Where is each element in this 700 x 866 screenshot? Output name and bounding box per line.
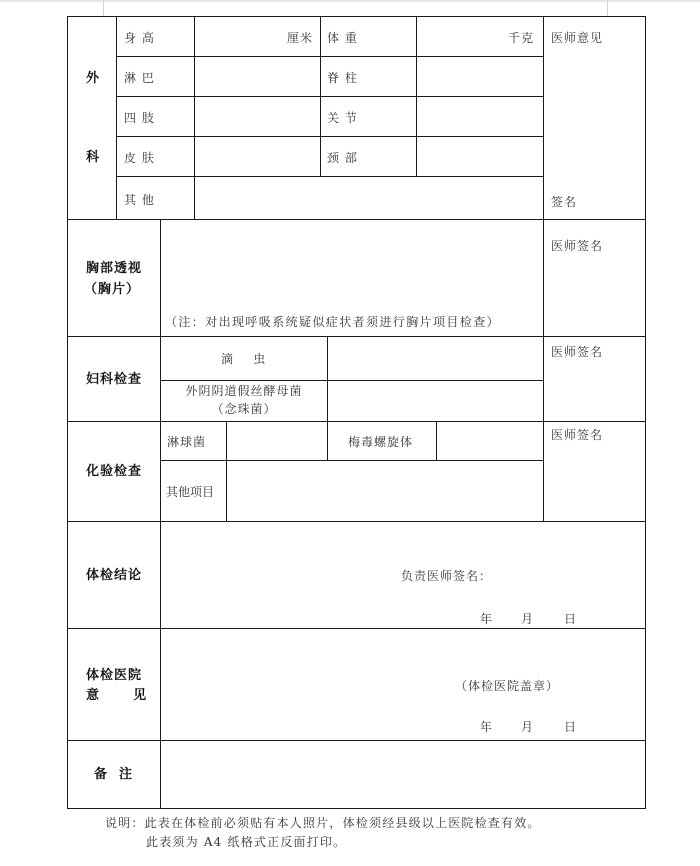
lab-other-input[interactable]: [227, 461, 543, 521]
margin-marker-right: [607, 0, 608, 16]
gonococcus-input[interactable]: [227, 422, 327, 460]
table-border-left: [67, 16, 68, 809]
chest-note: （注：对出现呼吸系统疑似症状者须进行胸片项目检查）: [165, 315, 500, 329]
chest-doctor-signature: 医师签名: [551, 239, 603, 253]
weight-label: 体 重: [327, 31, 358, 45]
lab-label: 化验检查: [86, 465, 142, 479]
responsible-doctor-signature: 负责医师签名：: [401, 569, 492, 583]
divider: [543, 16, 544, 521]
neck-label: 颈 部: [327, 151, 358, 165]
gyn-trichomonas-input[interactable]: [328, 337, 543, 380]
conclusion-year: 年: [480, 612, 493, 626]
table-border-bottom: [67, 808, 646, 809]
divider: [327, 421, 328, 460]
gyn-candida-label-line2: （念珠菌）: [161, 402, 327, 416]
gyn-doctor-signature: 医师签名: [551, 345, 603, 359]
surgery-label-top: 外: [86, 72, 100, 86]
conclusion-label: 体检结论: [86, 569, 142, 583]
lymph-input[interactable]: [195, 57, 320, 96]
page-top-edge: [0, 0, 700, 2]
height-unit: 厘米: [287, 31, 313, 45]
gyn-candida-input[interactable]: [328, 381, 543, 421]
surgery-doctor-opinion-label: 医师意见: [551, 31, 603, 45]
surgery-signature-label: 签名: [551, 195, 577, 209]
skin-input[interactable]: [195, 137, 320, 176]
height-label: 身 高: [124, 31, 155, 45]
other-input[interactable]: [195, 177, 543, 219]
joints-input[interactable]: [417, 97, 543, 136]
syphilis-input[interactable]: [437, 422, 543, 460]
chest-label-line2: （胸片）: [84, 283, 140, 297]
table-border-right: [645, 16, 646, 809]
chest-label-line1: 胸部透视: [86, 262, 142, 276]
spine-label: 脊 柱: [327, 71, 358, 85]
surgery-label-bottom: 科: [86, 151, 100, 165]
hospital-month: 月: [521, 720, 534, 734]
lymph-label: 淋 巴: [124, 71, 155, 85]
gyn-label: 妇科检查: [86, 373, 142, 387]
divider: [116, 16, 117, 219]
lab-other-label: 其他项目: [166, 485, 214, 499]
gonococcus-label: 淋球菌: [167, 435, 206, 449]
hospital-day: 日: [564, 720, 577, 734]
footnote-line2: 此表须为 A4 纸格式正反面打印。: [146, 835, 346, 849]
limbs-label: 四 肢: [124, 111, 155, 125]
hospital-stamp: （体检医院盖章）: [455, 679, 559, 693]
footnote-line1: 说明：此表在体检前必须贴有本人照片，体检须经县级以上医院检查有效。: [105, 816, 541, 830]
spine-input[interactable]: [417, 57, 543, 96]
lab-doctor-signature: 医师签名: [551, 428, 603, 442]
hospital-label-line1: 体检医院: [86, 669, 142, 683]
hospital-label-line2: 意 见: [86, 689, 147, 703]
remarks-field[interactable]: [161, 741, 645, 808]
syphilis-label: 梅毒螺旋体: [348, 435, 413, 449]
divider: [67, 421, 646, 422]
conclusion-day: 日: [564, 612, 577, 626]
margin-marker-left: [103, 0, 104, 16]
joints-label: 关 节: [327, 111, 358, 125]
weight-unit: 千克: [508, 31, 534, 45]
gyn-trichomonas-label: 滴 虫: [221, 352, 266, 366]
skin-label: 皮 肤: [124, 151, 155, 165]
gyn-candida-label-line1: 外阴阴道假丝酵母菌: [161, 384, 327, 398]
neck-input[interactable]: [417, 137, 543, 176]
hospital-year: 年: [480, 720, 493, 734]
conclusion-month: 月: [521, 612, 534, 626]
limbs-input[interactable]: [195, 97, 320, 136]
other-label: 其 他: [124, 193, 155, 207]
remarks-label: 备 注: [94, 768, 133, 782]
table-border-top: [67, 16, 646, 17]
